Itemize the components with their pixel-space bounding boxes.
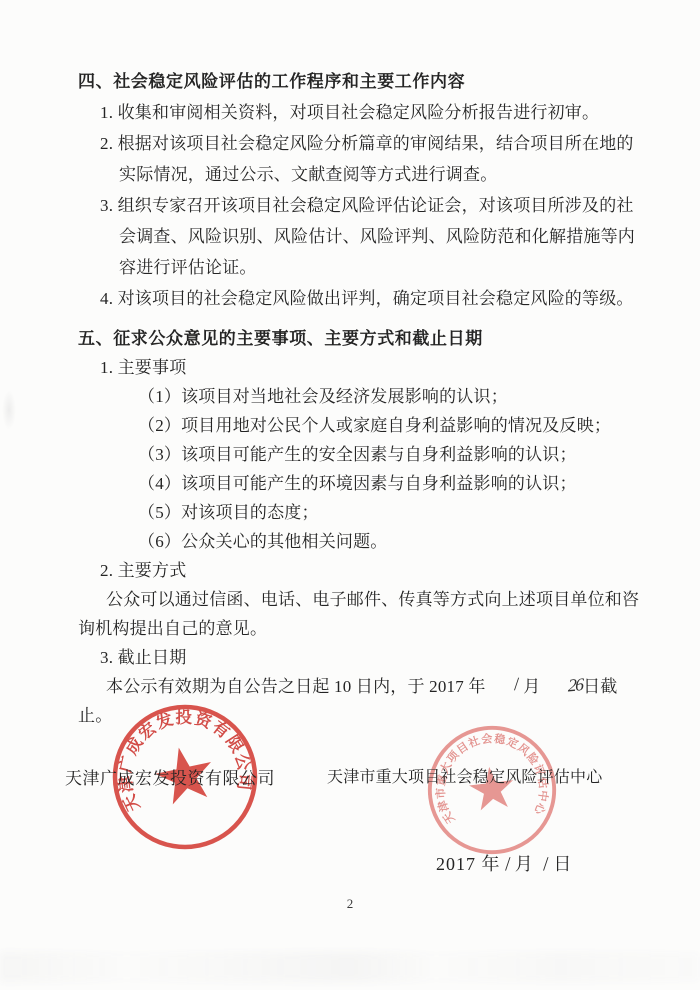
document-body: 四、社会稳定风险评估的工作程序和主要工作内容 1. 收集和审阅相关资料，对项目社… [78,66,644,730]
deadline-month-label: 月 [523,677,540,696]
section-five-item-2-title: 2. 主要方式 [100,556,644,585]
handwritten-month-digit: / [503,854,513,877]
handwritten-month-digit: / [484,670,521,704]
handwritten-day-digit: / [542,854,552,877]
deadline-prefix: 本公示有效期为自公告之日起 10 日内，于 2017 年 [106,677,486,696]
assessment-center-seal-right: 天津市重大项目社会稳定风险评估中心 [416,714,568,866]
assessment-center-seal-graphic: 天津市重大项目社会稳定风险评估中心 [416,714,568,866]
main-matter-3: （3）该项目可能产生的安全因素与自身利益影响的认识； [138,440,644,469]
scan-artifact [0,952,700,982]
section-four-item-2: 2. 根据对该项目社会稳定风险分析篇章的审阅结果，结合项目所在地的实际情况，通过… [100,128,644,190]
section-five: 五、征求公众意见的主要事项、主要方式和截止日期 1. 主要事项 （1）该项目对当… [78,324,644,730]
section-four-heading: 四、社会稳定风险评估的工作程序和主要工作内容 [78,66,644,97]
section-five-heading: 五、征求公众意见的主要事项、主要方式和截止日期 [78,324,644,353]
page-number: 2 [0,896,700,912]
main-matter-6: （6）公众关心的其他相关问题。 [138,527,644,556]
investor-company-name: 天津广成宏发投资有限公司 [65,764,275,789]
section-four-item-1: 1. 收集和审阅相关资料，对项目社会稳定风险分析报告进行初审。 [100,97,644,128]
section-four-item-4: 4. 对该项目的社会稳定风险做出评判，确定项目社会稳定风险的等级。 [100,283,644,314]
main-matter-5: （5）对该项目的态度； [138,498,644,527]
main-matter-1: （1）该项目对当地社会及经济发展影响的认识； [138,382,644,411]
method-paragraph: 公众可以通过信函、电话、电子邮件、传真等方式向上述项目单位和咨询机构提出自己的意… [78,585,644,643]
section-five-item-1-title: 1. 主要事项 [100,353,644,382]
date-month-label: 月 [515,854,534,874]
section-five-item-3-title: 3. 截止日期 [100,643,644,672]
scanned-document-page: 四、社会稳定风险评估的工作程序和主要工作内容 1. 收集和审阅相关资料，对项目社… [0,0,700,990]
main-matter-4: （4）该项目可能产生的环境因素与自身利益影响的认识； [138,469,644,498]
scan-artifact [2,390,16,430]
date-year: 2017 年 [436,854,501,874]
handwritten-day-digits: 26 [540,670,583,703]
date-day-label: 日 [553,854,572,874]
section-four-item-3: 3. 组织专家召开该项目社会稳定风险评估论证会，对该项目所涉及的社会调查、风险识… [100,190,644,283]
signature-date: 2017 年/月 /日 [436,850,572,876]
assessment-center-name: 天津市重大项目社会稳定风险评估中心 [327,764,602,787]
main-matter-2: （2）项目用地对公民个人或家庭自身利益影响的情况及反映； [138,411,644,440]
